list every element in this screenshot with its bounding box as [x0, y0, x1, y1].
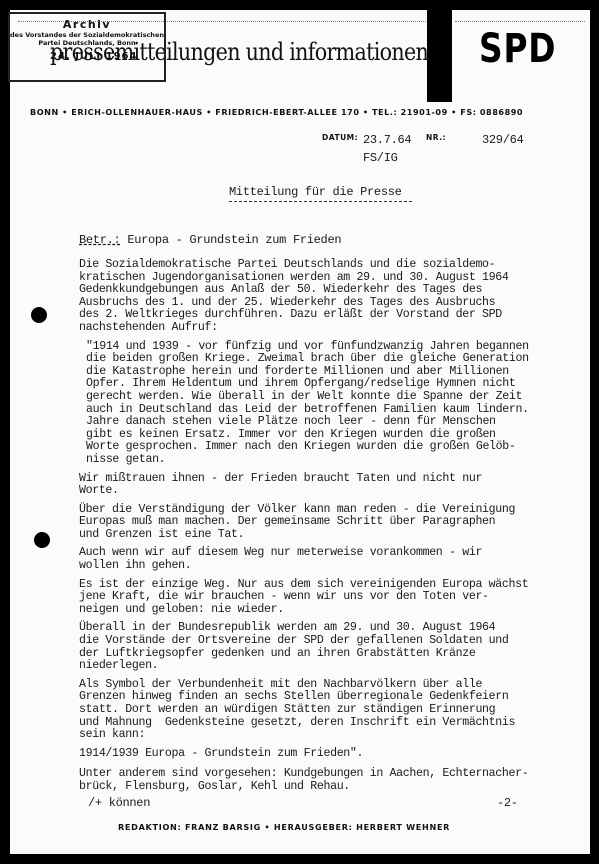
paragraph: Über die Verständigung der Völker kann m… [79, 504, 579, 542]
date-value: 23.7.64 [363, 133, 411, 147]
subject-line: Betr.: Europa - Grundstein zum Frieden [79, 233, 341, 247]
punch-hole-bottom [34, 532, 50, 548]
date-label: DATUM: [322, 133, 358, 142]
paragraph: Überall in der Bundesrepublik werden am … [79, 622, 579, 672]
paragraph: Als Symbol der Verbundenheit mit den Nac… [79, 679, 579, 742]
stamp-line-1: Archiv [10, 19, 164, 31]
paragraph: Wir mißtrauen ihnen - der Frieden brauch… [79, 473, 579, 498]
paragraph: Auch wenn wir auf diesem Weg nur meterwe… [79, 547, 579, 572]
subject-text: Europa - Grundstein zum Frieden [120, 233, 341, 247]
paragraph: Es ist der einzige Weg. Nur aus dem sich… [79, 579, 579, 617]
header-divider-bar [427, 10, 452, 102]
initials: FS/IG [363, 151, 398, 165]
footnote: /+ können [88, 796, 150, 810]
stamp-date: 24. JULI 1964 [10, 50, 164, 63]
letterhead-address: BONN • ERICH-OLLENHAUER-HAUS • FRIEDRICH… [30, 107, 523, 117]
paragraph: 1914/1939 Europa - Grundstein zum Friede… [79, 748, 579, 761]
heading-underline [229, 201, 412, 202]
paragraph: Unter anderem sind vorgesehen: Kundgebun… [79, 768, 579, 793]
subject-label: Betr.: [79, 233, 120, 247]
number-label: NR.: [426, 133, 446, 142]
stamp-line-3: Partei Deutschlands, Bonn [10, 39, 164, 47]
letterhead-footer: REDAKTION: FRANZ BARSIG • HERAUSGEBER: H… [118, 822, 450, 832]
page-marker: -2- [497, 796, 518, 810]
document-heading: Mitteilung für die Presse [229, 185, 402, 199]
number-value: 329/64 [482, 133, 523, 147]
spd-logo: SPD [479, 26, 556, 72]
document-body: Die Sozialdemokratische Partei Deutschla… [79, 259, 579, 800]
header-rule-right [455, 21, 585, 22]
archive-stamp: Archiv des Vorstandes der Sozialdemokrat… [8, 12, 166, 82]
paragraph: Die Sozialdemokratische Partei Deutschla… [79, 259, 579, 335]
paragraph: "1914 und 1939 - vor fünfzig und vor fün… [79, 341, 579, 467]
stamp-line-2: des Vorstandes der Sozialdemokratischen [10, 31, 164, 39]
punch-hole-top [31, 307, 47, 323]
